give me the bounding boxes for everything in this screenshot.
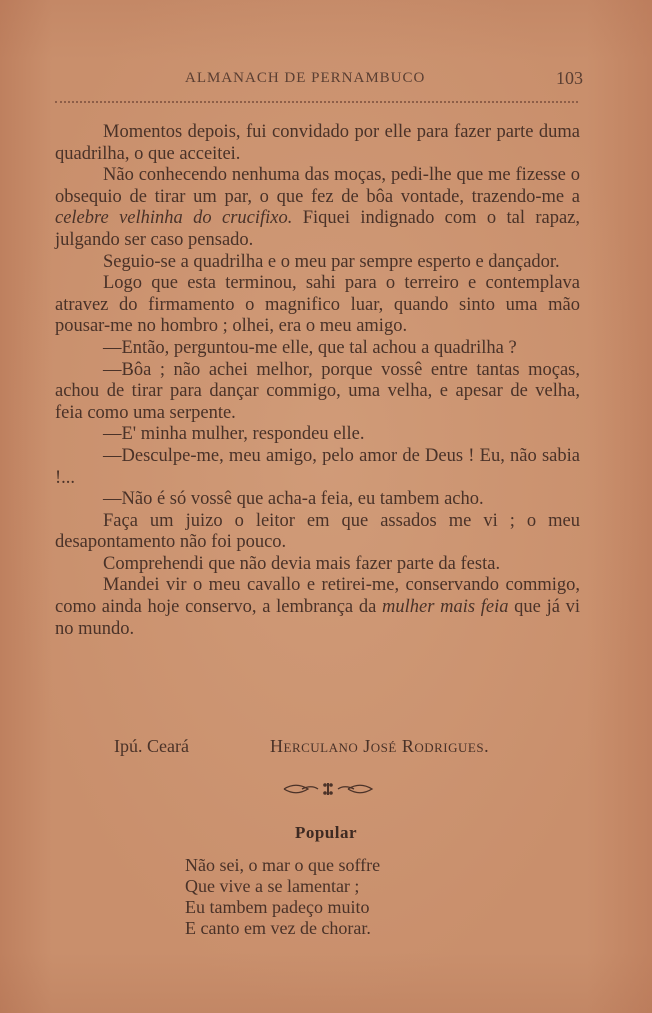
paragraph: Comprehendi que não devia mais fazer par… [55, 554, 580, 576]
scanned-page: ALMANACH DE PERNAMBUCO 103 Momentos depo… [0, 0, 652, 1013]
paragraph-text: Logo que esta terminou, sahi para o terr… [55, 273, 580, 336]
poem-line: Que vive a se lamentar ; [185, 876, 380, 897]
running-title: ALMANACH DE PERNAMBUCO [185, 70, 425, 87]
poem-stanza: Não sei, o mar o que soffre Que vive a s… [185, 855, 380, 939]
dialog-paragraph: —Bôa ; não achei melhor, porque vossê en… [55, 360, 580, 425]
paragraph: Faça um juizo o leitor em que assados me… [55, 511, 580, 554]
paragraph: Mandei vir o meu cavallo e retirei-me, c… [55, 575, 580, 640]
paragraph-text: —E' minha mulher, respondeu elle. [103, 424, 365, 444]
italic-phrase: celebre velhinha do crucifixo. [55, 208, 292, 228]
dialog-paragraph: —Então, perguntou-me elle, que tal achou… [55, 338, 580, 360]
page-number: 103 [556, 68, 583, 89]
paragraph-text: —Desculpe-me, meu amigo, pelo amor de De… [55, 446, 580, 488]
dialog-paragraph: —E' minha mulher, respondeu elle. [55, 424, 580, 446]
poem-title: Popular [0, 823, 652, 843]
paragraph-text: Comprehendi que não devia mais fazer par… [103, 554, 500, 574]
italic-phrase: mulher mais feia [382, 597, 508, 617]
signature-author: Herculano José Rodrigues. [270, 736, 489, 757]
paragraph-text: Faça um juizo o leitor em que assados me… [55, 511, 580, 553]
paragraph-text: Não conhecendo nenhuma das moças, pedi-l… [55, 165, 580, 207]
fleuron-ornament-icon [280, 781, 376, 797]
story-body: Momentos depois, fui convidado por elle … [55, 122, 580, 640]
dialog-paragraph: —Desculpe-me, meu amigo, pelo amor de De… [55, 446, 580, 489]
paragraph: Logo que esta terminou, sahi para o terr… [55, 273, 580, 338]
paragraph-text: Momentos depois, fui convidado por elle … [55, 122, 580, 164]
dialog-paragraph: —Não é só vossê que acha-a feia, eu tamb… [55, 489, 580, 511]
signature-line: Ipú. Ceará Herculano José Rodrigues. [0, 736, 652, 760]
paragraph: Momentos depois, fui convidado por elle … [55, 122, 580, 165]
paragraph-text: —Bôa ; não achei melhor, porque vossê en… [55, 360, 580, 423]
paragraph-text: —Então, perguntou-me elle, que tal achou… [103, 338, 517, 358]
poem-line: Eu tambem padeço muito [185, 897, 380, 918]
fleuron-ornament-icon [280, 781, 376, 797]
running-head: ALMANACH DE PERNAMBUCO 103 [55, 70, 583, 92]
paragraph-text: Seguio-se a quadrilha e o meu par sempre… [103, 252, 560, 272]
paragraph: Seguio-se a quadrilha e o meu par sempre… [55, 252, 580, 274]
paragraph-text: —Não é só vossê que acha-a feia, eu tamb… [103, 489, 484, 509]
header-dotted-rule [55, 101, 578, 103]
paragraph: Não conhecendo nenhuma das moças, pedi-l… [55, 165, 580, 251]
poem-line: E canto em vez de chorar. [185, 918, 380, 939]
poem-line: Não sei, o mar o que soffre [185, 855, 380, 876]
signature-place: Ipú. Ceará [114, 736, 189, 757]
